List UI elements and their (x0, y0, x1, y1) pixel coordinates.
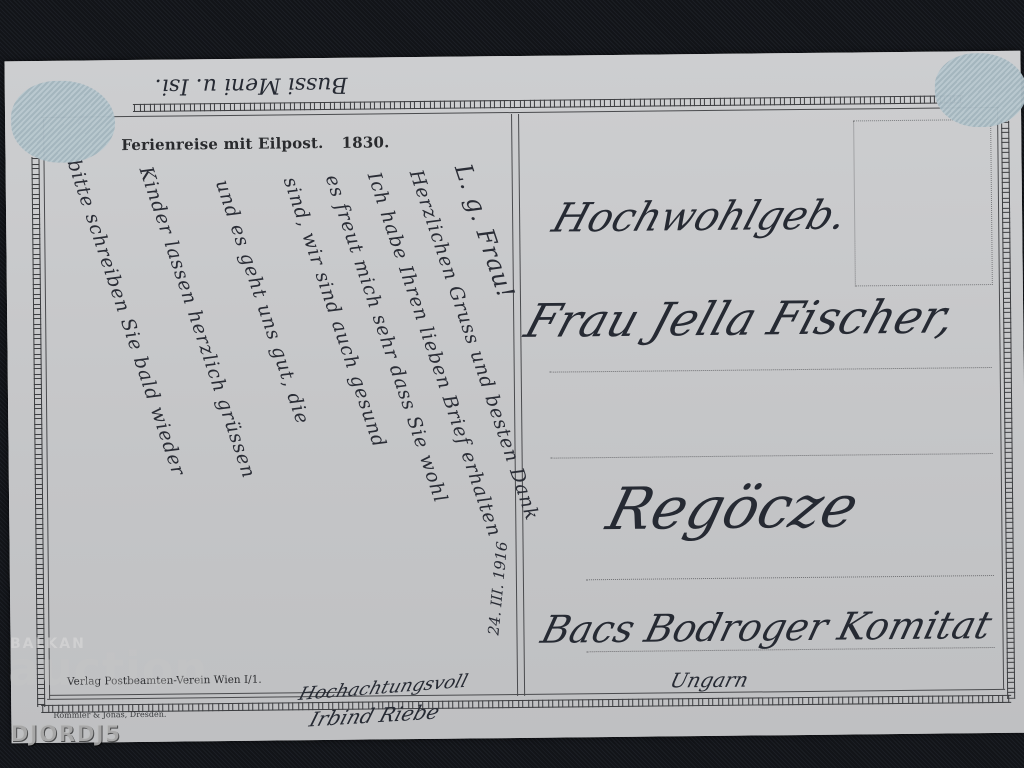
address-country: Ungarn (668, 668, 751, 693)
album-hinge-right (934, 53, 1024, 128)
center-divider (511, 114, 525, 696)
card-year: 1830. (341, 133, 389, 152)
address-county: Bacs Bodroger Komitat (537, 603, 997, 652)
message-date: 24. III. 1916 (484, 541, 511, 636)
address-recipient: Frau Jella Fischer, (519, 289, 963, 348)
address-line-3 (586, 575, 994, 580)
card-title: Ferienreise mit Eilpost.1830. (121, 133, 389, 154)
address-line-2 (551, 453, 993, 459)
message-column: bitte schreiben Sie bald wieder (63, 157, 190, 479)
publisher-imprint: Verlag Postbeamten-Verein Wien I/1. (67, 674, 262, 688)
address-salutation: Hochwohlgeb. (547, 192, 853, 241)
album-hinge-left (11, 80, 116, 163)
printer-imprint: Römmler & Jonas, Dresden. (53, 710, 166, 720)
address-town: Regöcze (600, 472, 865, 543)
address-line-1 (550, 367, 992, 373)
upside-down-note: Bussi Meni u. Isi. (155, 72, 348, 99)
card-title-text: Ferienreise mit Eilpost. (121, 134, 323, 154)
postcard: Ferienreise mit Eilpost.1830. Verlag Pos… (4, 51, 1024, 744)
left-border (31, 157, 45, 707)
stamp-box (853, 119, 993, 286)
